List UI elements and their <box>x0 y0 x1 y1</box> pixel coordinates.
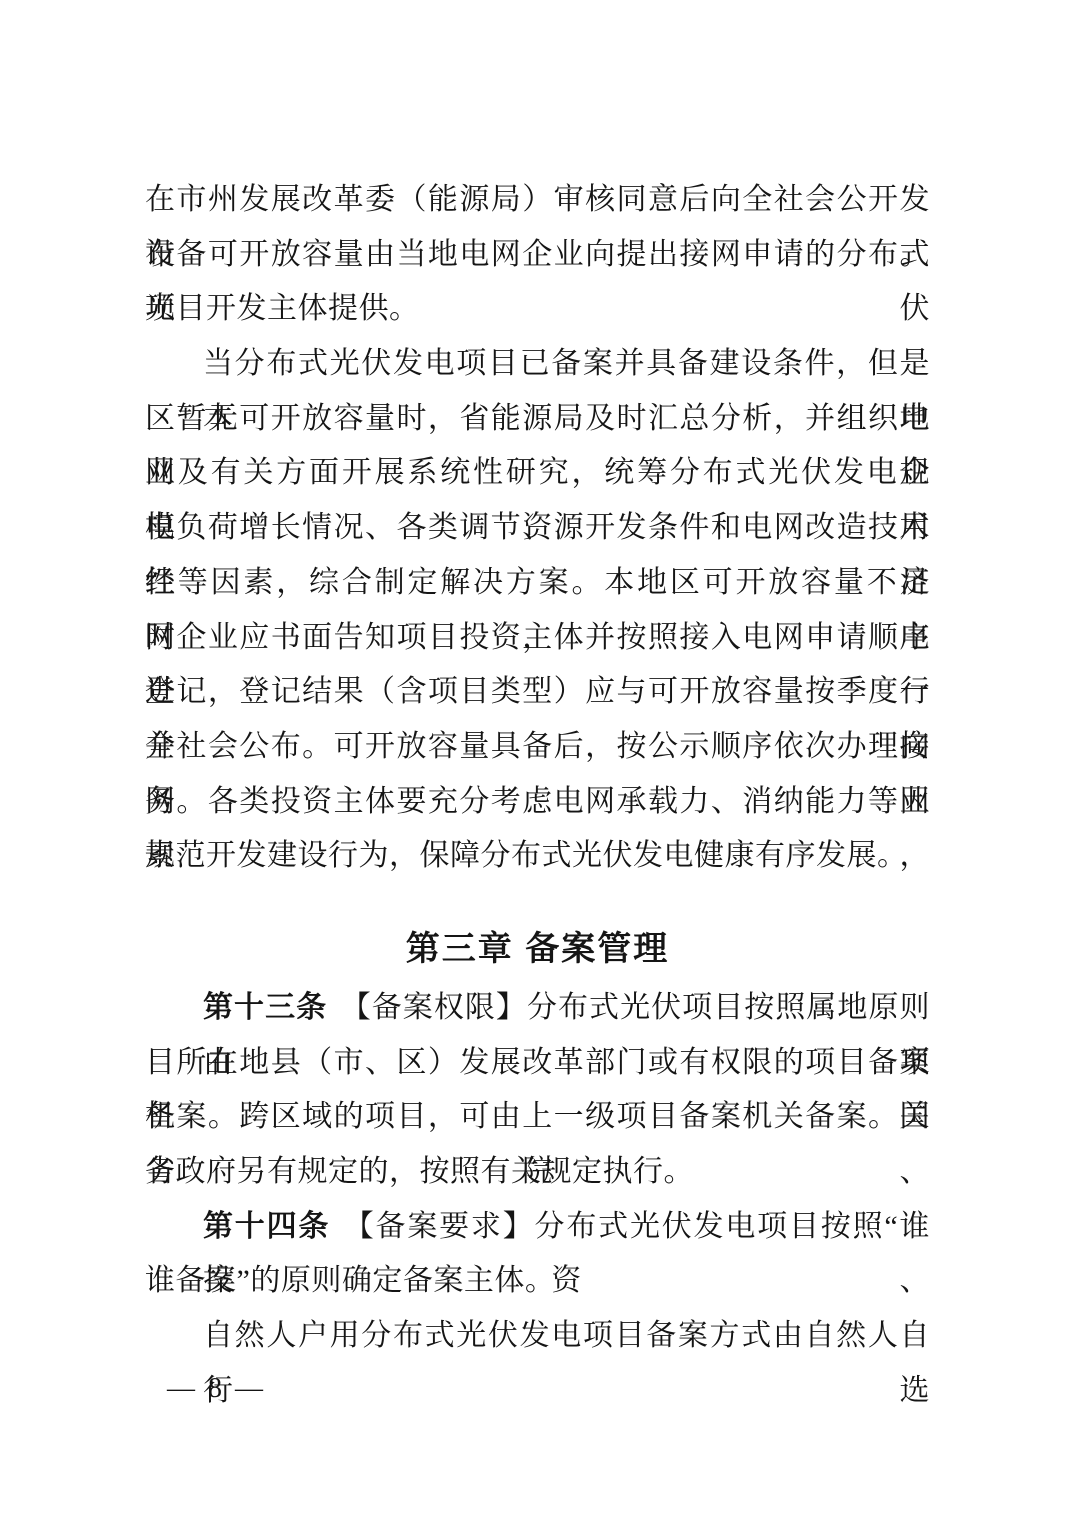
body-text-line: 在市州发展改革委（能源局）审核同意后向全社会公开发布。 <box>145 173 930 228</box>
body-text-line: 备案。跨区域的项目，可由上一级项目备案机关备案。国务院、 <box>145 1090 930 1145</box>
body-text-line: 自然人户用分布式光伏发电项目备案方式由自然人自行选 <box>145 1309 930 1364</box>
body-text-line: 电负荷增长情况、各类调节资源开发条件和电网改造技术经济 <box>145 501 930 556</box>
body-text-line: 业及有关方面开展系统性研究，统筹分布式光伏发电规模、用 <box>145 446 930 501</box>
body-text-line: 网企业应书面告知项目投资主体并按照接入电网申请顺序进行 <box>145 611 930 666</box>
body-text-line: 目所在地县（市、区）发展改革部门或有权限的项目备案机关 <box>145 1036 930 1091</box>
body-text-line: 当分布式光伏发电项目已备案并具备建设条件，但是本地 <box>145 337 930 392</box>
page-number: — 8 — <box>167 1372 266 1406</box>
chapter-heading: 第三章 备案管理 <box>145 921 930 977</box>
body-text-line: 区暂无可开放容量时，省能源局及时汇总分析，并组织电网企 <box>145 392 930 447</box>
body-text-line: 性等因素，综合制定解决方案。本地区可开放容量不足时，电 <box>145 556 930 611</box>
document-page: 在市州发展改革委（能源局）审核同意后向全社会公开发布。 设备可开放容量由当地电网… <box>0 0 1075 1520</box>
body-text-line: 第十四条【备案要求】分布式光伏发电项目按照“谁投资、 <box>145 1200 930 1255</box>
body-text-line: 全社会公布。可开放容量具备后，按公示顺序依次办理接网业 <box>145 720 930 775</box>
body-text-line: 登记，登记结果（含项目类型）应与可开放容量按季度一并向 <box>145 665 930 720</box>
article-number-bold: 第十三条 <box>203 991 327 1024</box>
body-text-line: 设备可开放容量由当地电网企业向提出接网申请的分布式光伏 <box>145 228 930 283</box>
body-text-line: 务。各类投资主体要充分考虑电网承载力、消纳能力等因素， <box>145 775 930 830</box>
body-text-line: 第十三条【备案权限】分布式光伏项目按照属地原则由项 <box>145 981 930 1036</box>
article-number-bold: 第十四条 <box>203 1210 330 1243</box>
body-text-line: 规范开发建设行为，保障分布式光伏发电健康有序发展。 <box>145 829 930 884</box>
document-body: 在市州发展改革委（能源局）审核同意后向全社会公开发布。 设备可开放容量由当地电网… <box>145 173 930 1364</box>
